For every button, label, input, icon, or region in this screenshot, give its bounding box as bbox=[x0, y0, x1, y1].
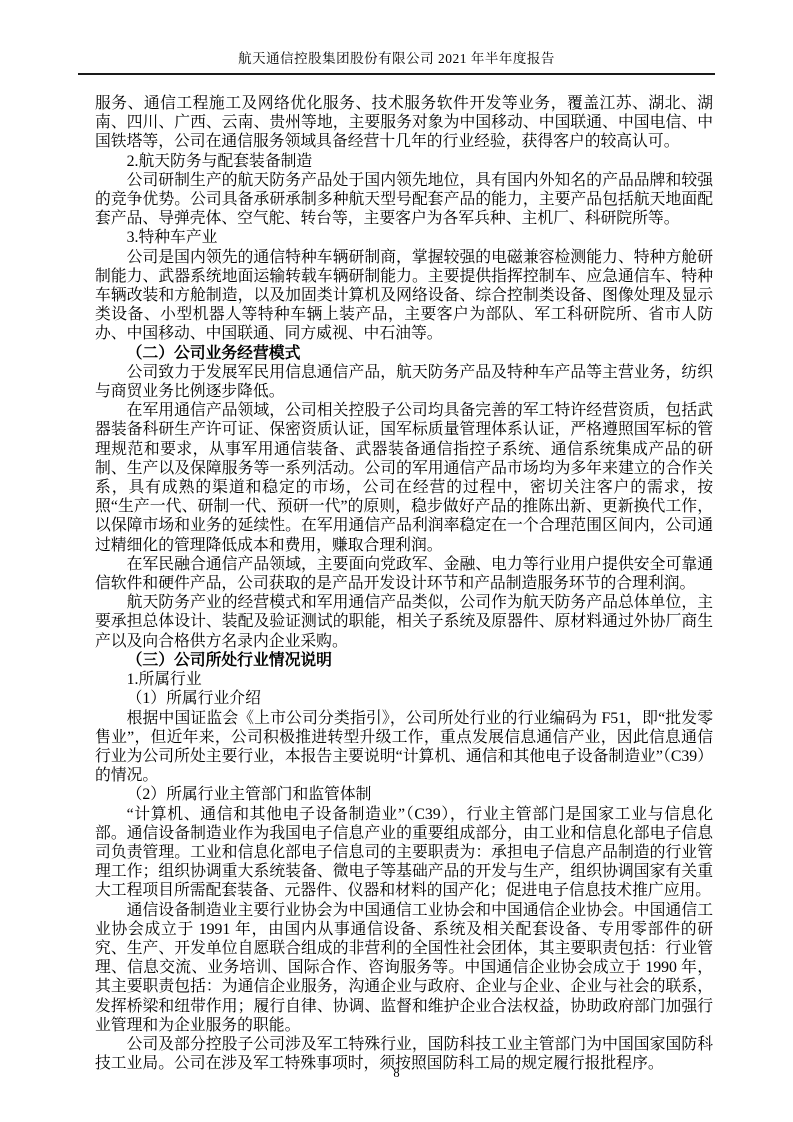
body-paragraph-continuation: 服务、通信工程施工及网络优化服务、技术服务软件开发等业务，覆盖江苏、湖北、湖南、… bbox=[95, 94, 713, 152]
body-paragraph: 公司致力于发展军民用信息通信产品，航天防务产品及特种车产品等主营业务，纺织与商贸… bbox=[95, 363, 713, 401]
body-paragraph: 航天防务产业的经营模式和军用通信产品类似，公司作为航天防务产品总体单位，主要承担… bbox=[95, 593, 713, 651]
report-page: 航天通信控股集团股份有限公司 2021 年半年度报告 服务、通信工程施工及网络优… bbox=[0, 0, 793, 1122]
sub-item-heading-2: （2）所属行业主管部门和监管体制 bbox=[95, 785, 713, 804]
body-paragraph: 公司研制生产的航天防务产品处于国内领先地位，具有国内外知名的产品品牌和较强的竞争… bbox=[95, 171, 713, 229]
header-divider bbox=[78, 73, 715, 75]
section-heading-business-model: （二）公司业务经营模式 bbox=[95, 344, 713, 363]
list-item-heading-2: 2.航天防务与配套装备制造 bbox=[95, 152, 713, 171]
body-paragraph: 在军民融合通信产品领域，主要面向党政军、金融、电力等行业用户提供安全可靠通信软件… bbox=[95, 555, 713, 593]
section-heading-industry: （三）公司所处行业情况说明 bbox=[95, 651, 713, 670]
report-header-title: 航天通信控股集团股份有限公司 2021 年半年度报告 bbox=[0, 50, 793, 68]
body-paragraph: 公司是国内领先的通信特种车辆研制商，掌握较强的电磁兼容检测能力、特种方舱研制能力… bbox=[95, 248, 713, 344]
body-paragraph: 根据中国证监会《上市公司分类指引》，公司所处行业的行业编码为 F51，即“批发零… bbox=[95, 709, 713, 786]
body-paragraph: 在军用通信产品领域，公司相关控股子公司均具备完善的军工特许经营资质，包括武器装备… bbox=[95, 401, 713, 555]
body-paragraph: “计算机、通信和其他电子设备制造业”（C39），行业主管部门是国家工业与信息化部… bbox=[95, 805, 713, 901]
list-item-heading-3: 3.特种车产业 bbox=[95, 228, 713, 247]
page-number: 8 bbox=[0, 1066, 793, 1081]
list-item-heading-1: 1.所属行业 bbox=[95, 670, 713, 689]
body-paragraph: 通信设备制造业主要行业协会为中国通信工业协会和中国通信企业协会。中国通信工业协会… bbox=[95, 901, 713, 1035]
sub-item-heading-1: （1）所属行业介绍 bbox=[95, 689, 713, 708]
report-body: 服务、通信工程施工及网络优化服务、技术服务软件开发等业务，覆盖江苏、湖北、湖南、… bbox=[95, 94, 713, 1073]
